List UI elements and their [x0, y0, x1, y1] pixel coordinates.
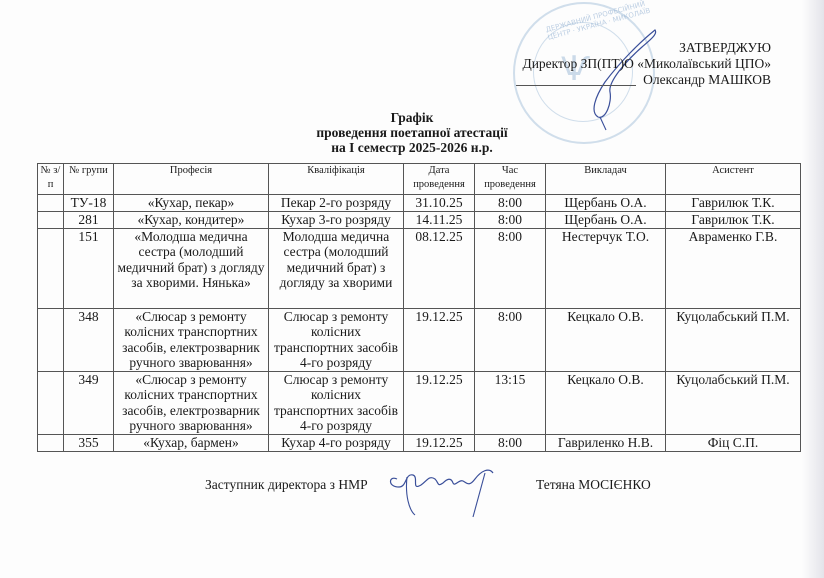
table-row: 355 «Кухар, бармен» Кухар 4-го розряду 1…: [38, 434, 801, 451]
header-qualification: Кваліфікація: [269, 164, 404, 195]
header-num: № з/п: [38, 164, 64, 195]
cell-profession: «Кухар, пекар»: [114, 195, 269, 212]
cell-time: 13:15: [475, 371, 546, 434]
cell-profession: «Кухар, кондитер»: [114, 212, 269, 229]
cell-date: 14.11.25: [404, 212, 475, 229]
table-header-row: № з/п № групи Професія Кваліфікація Дата…: [38, 164, 801, 195]
cell-teacher: Кецкало О.В.: [546, 308, 666, 371]
cell-group: 151: [64, 228, 114, 308]
title-line-2: проведення поетапної атестації: [0, 125, 824, 140]
cell-qualification: Пекар 2-го розряду: [269, 195, 404, 212]
cell-num: [38, 434, 64, 451]
cell-num: [38, 195, 64, 212]
approval-block: ЗАТВЕРДЖУЮ Директор ЗП(ПТ)О «Миколаївськ…: [522, 40, 771, 88]
cell-assistant: Гаврилюк Т.К.: [666, 195, 801, 212]
document-title: Графік проведення поетапної атестації на…: [0, 110, 824, 155]
cell-group: ТУ-18: [64, 195, 114, 212]
header-time: Час проведення: [475, 164, 546, 195]
cell-num: [38, 308, 64, 371]
attestation-schedule-table: № з/п № групи Професія Кваліфікація Дата…: [37, 163, 801, 452]
deputy-signature: [385, 465, 505, 525]
cell-group: 349: [64, 371, 114, 434]
cell-time: 8:00: [475, 212, 546, 229]
cell-time: 8:00: [475, 228, 546, 308]
table-row: 348 «Слюсар з ремонту колісних транспорт…: [38, 308, 801, 371]
footer-name: Тетяна МОСІЄНКО: [536, 477, 651, 493]
cell-teacher: Гавриленко Н.В.: [546, 434, 666, 451]
cell-assistant: Авраменко Г.В.: [666, 228, 801, 308]
approval-heading: ЗАТВЕРДЖУЮ: [522, 40, 771, 56]
header-assistant: Асистент: [666, 164, 801, 195]
table-row: ТУ-18 «Кухар, пекар» Пекар 2-го розряду …: [38, 195, 801, 212]
footer-position: Заступник директора з НМР: [205, 477, 368, 493]
approval-signature-line: [516, 85, 636, 86]
table-row: 281 «Кухар, кондитер» Кухар 3-го розряду…: [38, 212, 801, 229]
cell-date: 19.12.25: [404, 308, 475, 371]
cell-time: 8:00: [475, 308, 546, 371]
title-line-3: на І семестр 2025-2026 н.р.: [0, 140, 824, 155]
cell-teacher: Щербань О.А.: [546, 195, 666, 212]
cell-assistant: Куцолабський П.М.: [666, 308, 801, 371]
cell-qualification: Слюсар з ремонту колісних транспортних з…: [269, 371, 404, 434]
cell-teacher: Щербань О.А.: [546, 212, 666, 229]
cell-profession: «Молодша медична сестра (молодший медичн…: [114, 228, 269, 308]
cell-profession: «Слюсар з ремонту колісних транспортних …: [114, 371, 269, 434]
cell-qualification: Слюсар з ремонту колісних транспортних з…: [269, 308, 404, 371]
cell-date: 08.12.25: [404, 228, 475, 308]
cell-group: 348: [64, 308, 114, 371]
cell-teacher: Нестерчук Т.О.: [546, 228, 666, 308]
cell-assistant: Фіц С.П.: [666, 434, 801, 451]
cell-group: 355: [64, 434, 114, 451]
cell-profession: «Слюсар з ремонту колісних транспортних …: [114, 308, 269, 371]
table-row: 349 «Слюсар з ремонту колісних транспорт…: [38, 371, 801, 434]
header-teacher: Викладач: [546, 164, 666, 195]
cell-date: 19.12.25: [404, 371, 475, 434]
header-date: Дата проведення: [404, 164, 475, 195]
cell-num: [38, 371, 64, 434]
scan-edge-shadow: [802, 0, 824, 578]
header-profession: Професія: [114, 164, 269, 195]
header-group: № групи: [64, 164, 114, 195]
cell-group: 281: [64, 212, 114, 229]
cell-num: [38, 228, 64, 308]
cell-qualification: Молодша медична сестра (молодший медични…: [269, 228, 404, 308]
cell-date: 31.10.25: [404, 195, 475, 212]
table-row: 151 «Молодша медична сестра (молодший ме…: [38, 228, 801, 308]
cell-time: 8:00: [475, 195, 546, 212]
approval-position: Директор ЗП(ПТ)О «Миколаївський ЦПО»: [522, 56, 771, 72]
title-line-1: Графік: [0, 110, 824, 125]
cell-num: [38, 212, 64, 229]
cell-date: 19.12.25: [404, 434, 475, 451]
cell-assistant: Гаврилюк Т.К.: [666, 212, 801, 229]
cell-qualification: Кухар 4-го розряду: [269, 434, 404, 451]
cell-qualification: Кухар 3-го розряду: [269, 212, 404, 229]
cell-profession: «Кухар, бармен»: [114, 434, 269, 451]
cell-teacher: Кецкало О.В.: [546, 371, 666, 434]
cell-time: 8:00: [475, 434, 546, 451]
cell-assistant: Куцолабський П.М.: [666, 371, 801, 434]
